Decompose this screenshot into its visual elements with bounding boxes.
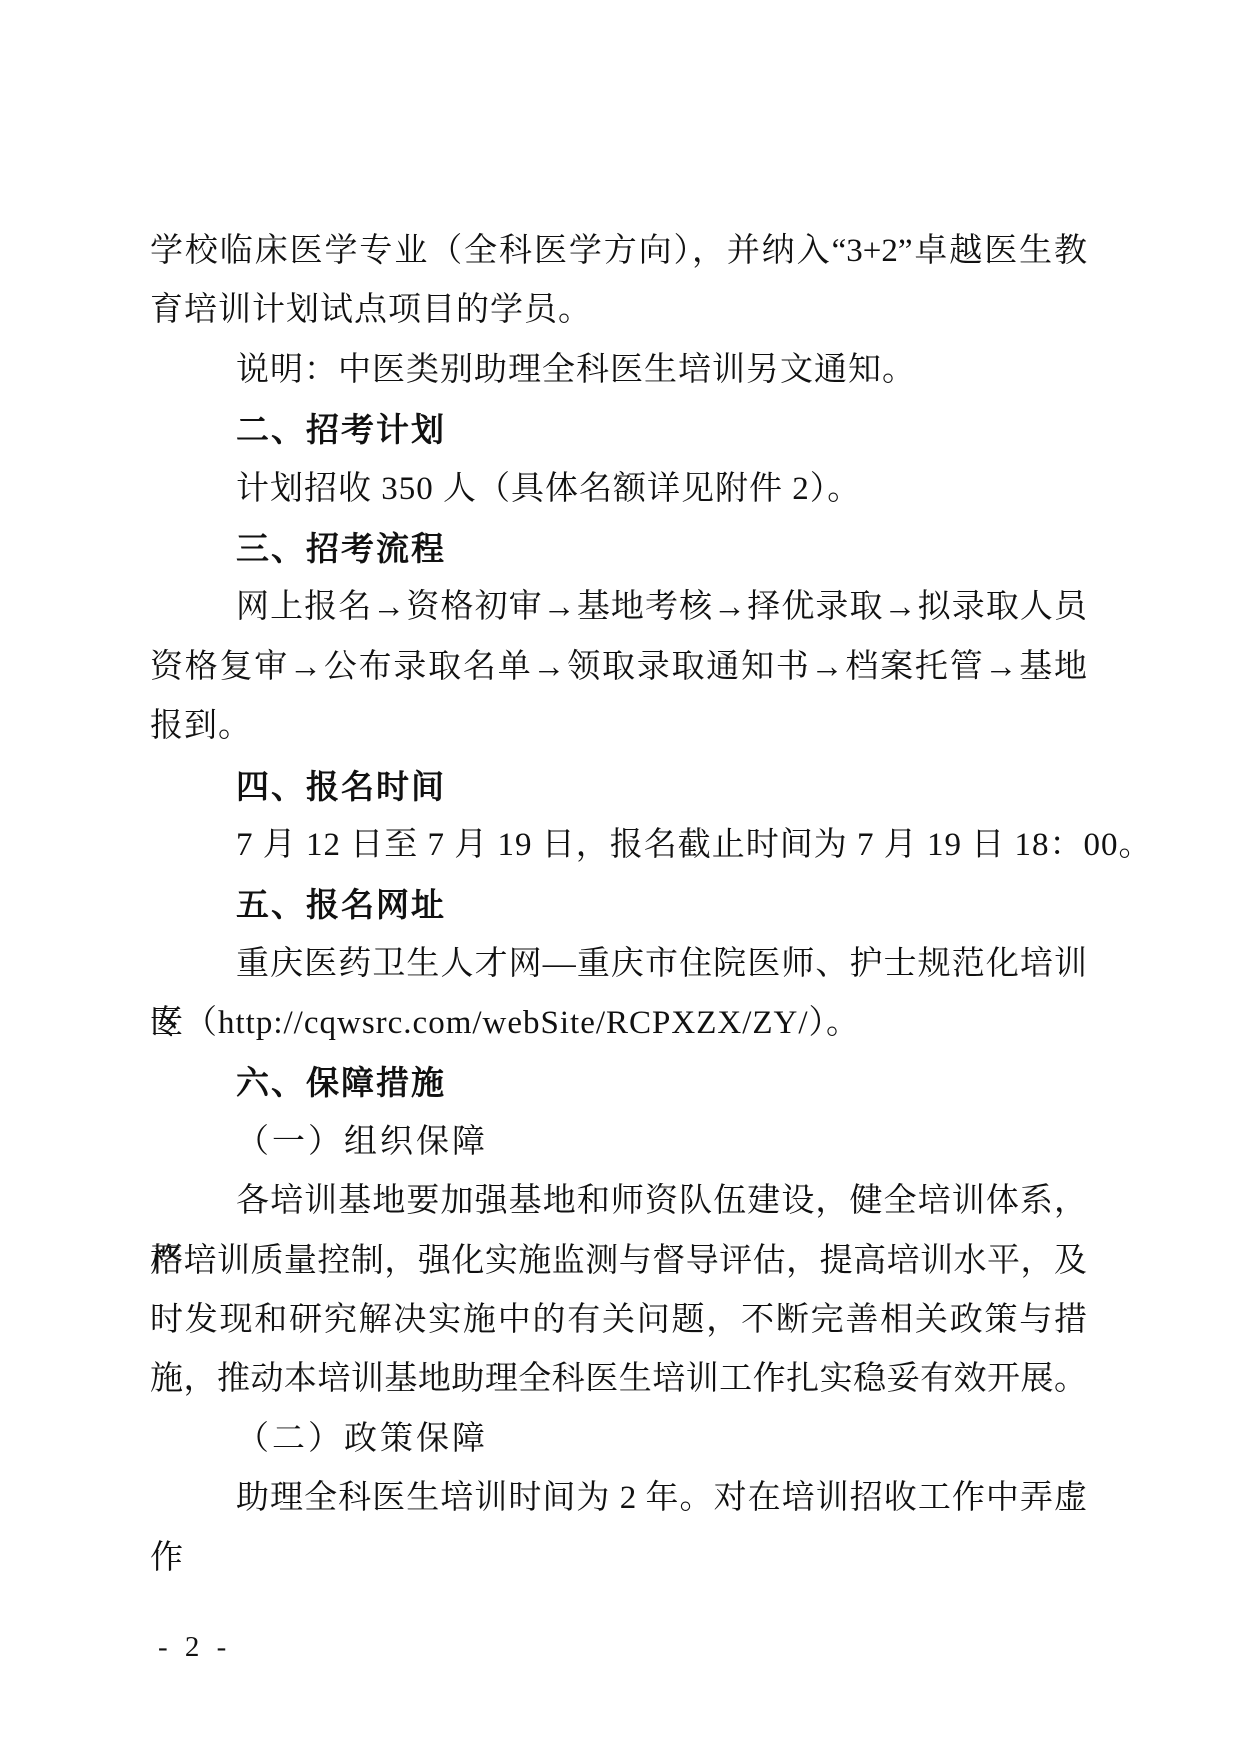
text-line: 网上报名→资格初审→基地考核→择优录取→拟录取人员 (150, 578, 1087, 637)
document-page: 学校临床医学专业（全科医学方向），并纳入“3+2”卓越医生教育培训计划试点项目的… (0, 0, 1241, 1754)
text-line: 格培训质量控制，强化实施监测与督导评估，提高培训水平，及 (150, 1232, 1087, 1291)
text-line: 各培训基地要加强基地和师资队伍建设，健全培训体系，严 (150, 1172, 1087, 1231)
text-line: 计划招收 350 人（具体名额详见附件 2）。 (150, 460, 1087, 519)
subsection-heading: （二）政策保障 (150, 1410, 1087, 1469)
text-line: 资格复审→公布录取名单→领取录取通知书→档案托管→基地 (150, 638, 1087, 697)
page-number: - 2 - (158, 1630, 231, 1664)
section-heading: 六、保障措施 (150, 1053, 1087, 1112)
document-body: 学校临床医学专业（全科医学方向），并纳入“3+2”卓越医生教育培训计划试点项目的… (150, 222, 1087, 1529)
text-line: 时发现和研究解决实施中的有关问题，不断完善相关政策与措 (150, 1291, 1087, 1350)
text-line: 施，推动本培训基地助理全科医生培训工作扎实稳妥有效开展。 (150, 1350, 1087, 1409)
text-line: 区（http://cqwsrc.com/webSite/RCPXZX/ZY/）。 (150, 994, 1087, 1053)
text-line: 育培训计划试点项目的学员。 (150, 281, 1087, 340)
text-line: 助理全科医生培训时间为 2 年。对在培训招收工作中弄虚作 (150, 1469, 1087, 1528)
section-heading: 二、招考计划 (150, 400, 1087, 459)
subsection-heading: （一）组织保障 (150, 1113, 1087, 1172)
text-line: 7 月 12 日至 7 月 19 日，报名截止时间为 7 月 19 日 18：0… (150, 816, 1087, 875)
section-heading: 四、报名时间 (150, 757, 1087, 816)
section-heading: 三、招考流程 (150, 519, 1087, 578)
text-line: 说明：中医类别助理全科医生培训另文通知。 (150, 341, 1087, 400)
section-heading: 五、报名网址 (150, 875, 1087, 934)
text-line: 重庆医药卫生人才网—重庆市住院医师、护士规范化培训专 (150, 935, 1087, 994)
text-line: 学校临床医学专业（全科医学方向），并纳入“3+2”卓越医生教 (150, 222, 1087, 281)
text-line: 报到。 (150, 697, 1087, 756)
